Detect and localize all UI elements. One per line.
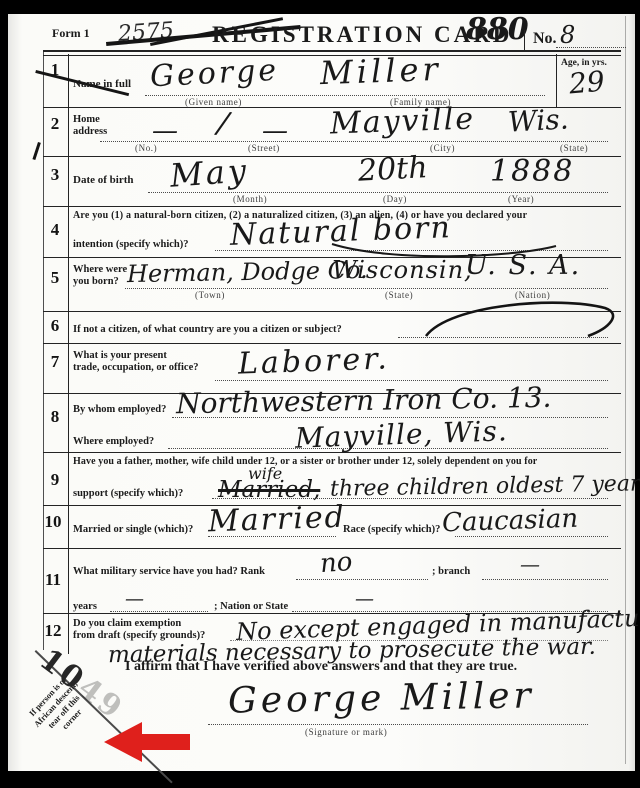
- handwritten-house-no: —: [152, 116, 178, 146]
- row-4-number: 4: [42, 220, 68, 240]
- name-in-full-label: Name in full: [73, 78, 131, 90]
- dotted-fill-line: [482, 579, 608, 580]
- dotted-fill-line: [110, 611, 208, 612]
- not-citizen-question: If not a citizen, of what country are yo…: [73, 324, 342, 335]
- handwritten-marital-status: Married: [207, 500, 346, 540]
- years-label: years: [73, 601, 97, 612]
- row-1-number: 1: [42, 60, 68, 80]
- row-9-number: 9: [42, 470, 68, 490]
- handwritten-birth-day: 20th: [357, 150, 428, 189]
- military-service-label: What military service have you had? Rank: [73, 566, 265, 577]
- dotted-fill-line: [296, 579, 428, 580]
- row-8-number: 8: [42, 407, 68, 427]
- left-border-line: [43, 50, 44, 650]
- handwritten-birth-year: 1888: [490, 154, 574, 189]
- dotted-fill-line: [125, 288, 608, 289]
- where-born-label-1: Where were: [73, 264, 127, 275]
- handwritten-city: Mayville: [329, 101, 475, 141]
- home-address-label-1: Home: [73, 114, 100, 125]
- registration-card-scan: Form 1 2575 REGISTRATION CARD 880 No. 8 …: [0, 0, 640, 788]
- where-born-label-2: you born?: [73, 276, 119, 287]
- signature-sublabel: (Signature or mark): [305, 727, 387, 737]
- handwritten-birth-nation: U. S. A.: [465, 250, 581, 281]
- city-sublabel: (City): [430, 143, 455, 153]
- nation-or-state-label: ; Nation or State: [214, 601, 288, 612]
- by-whom-employed-label: By whom employed?: [73, 404, 166, 415]
- row-7-number: 7: [42, 352, 68, 372]
- date-of-birth-label: Date of birth: [73, 174, 134, 186]
- number-column-divider: [68, 54, 69, 654]
- month-sublabel: (Month): [233, 194, 267, 204]
- year-sublabel: (Year): [508, 194, 534, 204]
- dotted-fill-line: [556, 47, 626, 48]
- card-no-value: 8: [560, 21, 575, 49]
- right-border-line: [625, 16, 626, 764]
- handwritten-dash-nation: —: [355, 588, 374, 610]
- town-sublabel: (Town): [195, 290, 225, 300]
- row-12-number: 12: [40, 621, 66, 641]
- rule-line: [43, 206, 621, 207]
- exemption-label-1: Do you claim exemption: [73, 618, 181, 629]
- home-address-label-2: address: [73, 126, 107, 137]
- red-arrow-shape: [104, 722, 190, 762]
- handwritten-birth-month: May: [169, 151, 250, 194]
- state-sublabel: (State): [385, 290, 413, 300]
- handwritten-street: —: [262, 116, 288, 146]
- given-name-sublabel: (Given name): [185, 97, 242, 107]
- occupation-label-2: trade, occupation, or office?: [73, 362, 199, 373]
- card-no-label: No.: [533, 30, 557, 48]
- handwritten-dash-branch: —: [520, 552, 540, 576]
- handwritten-family-name: Miller: [319, 50, 442, 92]
- age-box-divider: [556, 54, 557, 107]
- handwritten-signature: George Miller: [228, 675, 535, 721]
- race-label: Race (specify which)?: [343, 524, 440, 535]
- day-sublabel: (Day): [383, 194, 407, 204]
- handwritten-struck-married: Married,: [218, 477, 320, 503]
- handwritten-state: Wis.: [507, 102, 569, 138]
- no-sublabel: (No.): [135, 143, 157, 153]
- row-5-number: 5: [42, 268, 68, 288]
- branch-label: ; branch: [432, 566, 470, 577]
- state-sublabel: (State): [560, 143, 588, 153]
- row-3-number: 3: [42, 165, 68, 185]
- affirmation-statement: I affirm that I have verified above answ…: [125, 659, 517, 675]
- handwritten-occupation: Laborer.: [237, 341, 390, 381]
- exemption-label-2: from draft (specify grounds)?: [73, 630, 205, 641]
- signature-dotted-line: [208, 724, 588, 725]
- dependents-question-line-2: support (specify which)?: [73, 488, 183, 499]
- where-employed-label: Where employed?: [73, 436, 154, 447]
- handwritten-dependents-answer: three children oldest 7 years: [330, 471, 640, 502]
- red-arrow-annotation: [100, 718, 195, 766]
- form-number-label: Form 1: [52, 26, 90, 41]
- handwritten-birth-state: Wisconsin,: [332, 256, 473, 284]
- handwritten-age: 29: [568, 65, 606, 101]
- handwritten-rank-answer: no: [319, 547, 353, 579]
- row-2-number: 2: [42, 114, 68, 134]
- occupation-label-1: What is your present: [73, 350, 167, 361]
- dotted-fill-line: [148, 192, 608, 193]
- married-or-single-label: Married or single (which)?: [73, 524, 193, 535]
- street-sublabel: (Street): [248, 143, 280, 153]
- dependents-question-line-1: Have you a father, mother, wife child un…: [73, 456, 537, 467]
- row-10-number: 10: [40, 512, 66, 532]
- handwritten-given-name: George: [149, 53, 280, 95]
- row-6-number: 6: [42, 316, 68, 336]
- dotted-fill-line: [145, 95, 545, 96]
- handwritten-race: Caucasian: [442, 504, 579, 539]
- pen-flourish-loop: [420, 294, 625, 344]
- rule-line: [43, 50, 621, 52]
- handwritten-dash-years: —: [125, 588, 144, 610]
- stamped-serial-number: 880: [466, 12, 529, 47]
- header-divider-line: [524, 30, 525, 51]
- citizenship-question-line-2: intention (specify which)?: [73, 239, 189, 250]
- row-11-number: 11: [40, 570, 66, 590]
